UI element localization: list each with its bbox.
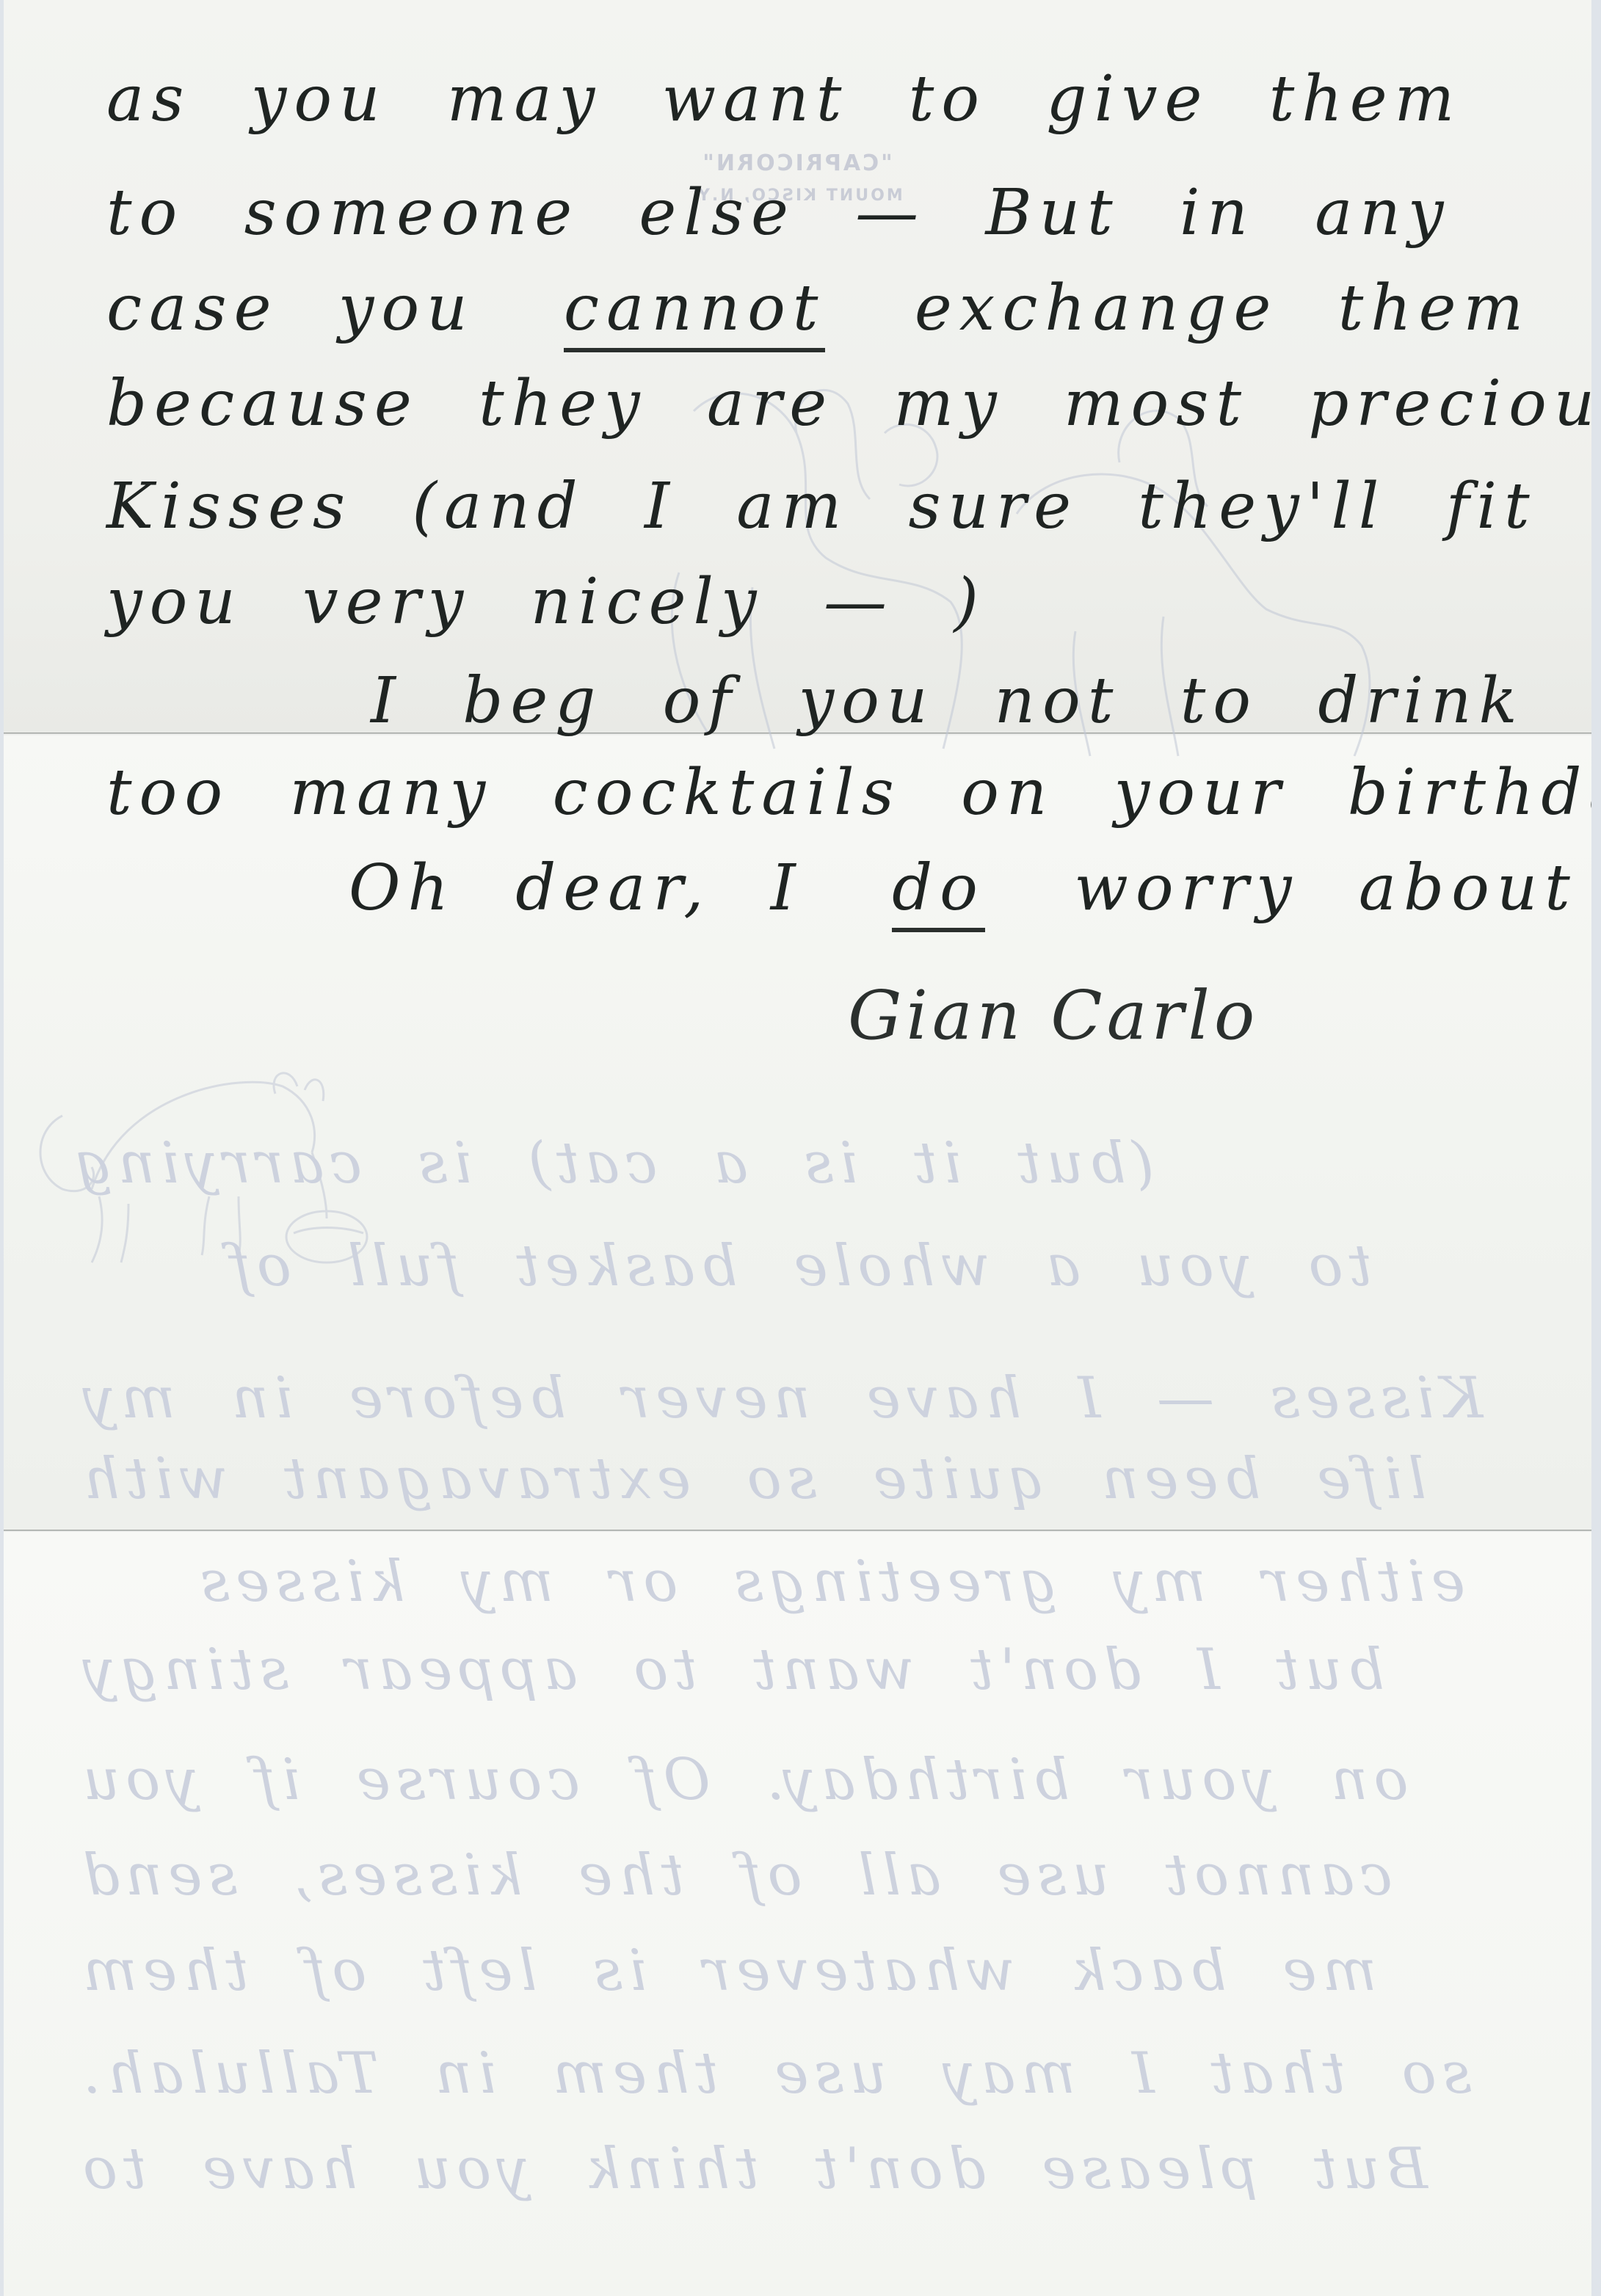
letter-page: "CAPRICORN" MOUNT KISCO, N.Y. (but it is… [4, 0, 1591, 2296]
letter-line-4: because they are my most precious [106, 367, 1591, 440]
fold-crease [4, 1530, 1591, 1532]
show-through-line: life been quite so extravagant with [77, 1446, 1426, 1512]
show-through-line: on your birthday. Of course if you [77, 1747, 1408, 1813]
letter-line-3: case you cannot exchange them [106, 272, 1531, 345]
letter-text: Oh dear, I [349, 851, 803, 925]
letter-line-8: too many cocktails on your birthday. [106, 756, 1591, 829]
show-through-line: so that I may use them in Tallulah. [77, 2041, 1472, 2107]
show-through-line: (but it is a cat) is carrying [70, 1130, 1154, 1196]
letter-line-6: you very nicely — ) [106, 565, 986, 639]
letter-line-5: Kisses (and I am sure they'll fit [106, 470, 1537, 543]
letter-text: worry about you so! [1074, 851, 1591, 925]
show-through-line: either my greetings or my kisses [195, 1549, 1465, 1615]
letter-line-7: I beg of you not to drink [371, 664, 1525, 738]
signature: Gian Carlo [848, 976, 1259, 1055]
letterhead-name: "CAPRICORN" [642, 150, 951, 176]
underlined-word-do: do [892, 851, 985, 932]
show-through-line: but I don't want to appear stingy [77, 1637, 1384, 1703]
show-through-line: me back whatever is left of them [77, 1938, 1377, 2004]
letter-text: exchange them [915, 272, 1531, 345]
letter-line-1: as you may want to give them [106, 62, 1462, 136]
letter-text: case you [106, 272, 475, 345]
underlined-word-cannot: cannot [564, 272, 826, 352]
show-through-line: cannot use all of the kisses, send [77, 1842, 1393, 1908]
show-through-line: to you a whole basket full of [224, 1233, 1372, 1299]
show-through-line: But please don't think you have to [77, 2136, 1428, 2202]
letter-line-2: to someone else — But in any [106, 176, 1451, 250]
letter-line-9: Oh dear, I do worry about you so! [349, 851, 1591, 925]
show-through-line: Kisses — I have never before in my [77, 1365, 1483, 1431]
